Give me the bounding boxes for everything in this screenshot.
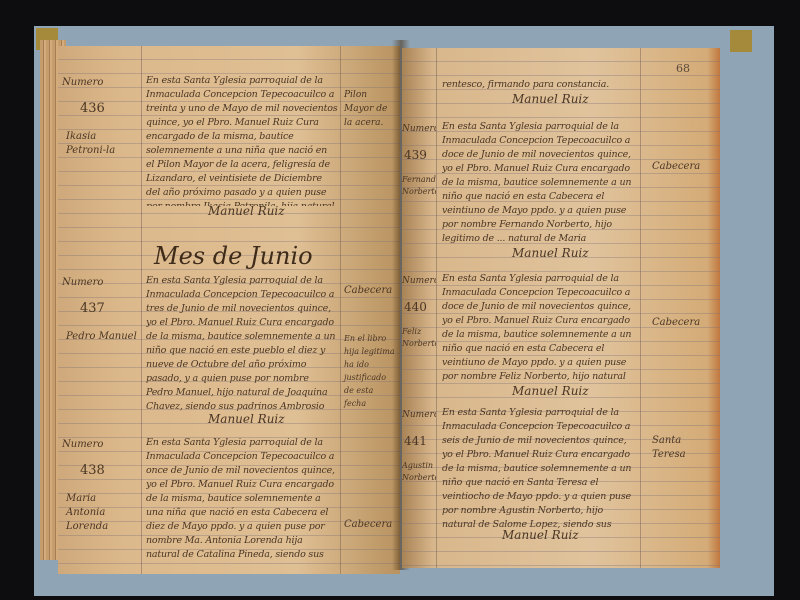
side-note-annotation: En el libro hija legitima ha ido justifi… [344, 332, 396, 410]
entry-number: 439 [404, 148, 427, 162]
entry-label: Numero [62, 438, 136, 452]
margin-rule [640, 48, 641, 568]
entry-label: Numero [402, 408, 436, 422]
signature: Manuel Ruiz [208, 412, 285, 426]
month-heading: Mes de Junio [154, 242, 313, 270]
margin-rule [141, 46, 142, 574]
entry-name: Agustin Norberto [402, 460, 436, 484]
page-number: 68 [676, 62, 690, 75]
entry-number: 436 [80, 102, 105, 116]
signature: Manuel Ruiz [208, 204, 285, 218]
entry-number: 440 [404, 300, 427, 314]
entry-name: Fernando Norberto [402, 174, 436, 198]
continuation-text: rentesco, firmando para constancia. [442, 78, 638, 92]
side-note: Santa Teresa [652, 434, 696, 462]
entry-body: En esta Santa Yglesia parroquial de la I… [146, 436, 338, 562]
entry-body: En esta Santa Yglesia parroquial de la I… [442, 272, 638, 384]
entry-name: Feliz Norberto [402, 326, 436, 350]
side-note: Cabecera [652, 160, 692, 174]
entry-name: Maria Antonia Lorenda [66, 492, 138, 534]
left-page: Numero 436 Ikasia Petroni-la En esta San… [58, 46, 400, 574]
margin-rule [340, 46, 341, 574]
entry-label: Numero [62, 276, 136, 290]
side-note: Cabecera [344, 518, 396, 532]
entry-name: Ikasia Petroni-la [66, 130, 138, 158]
entry-label: Numero [402, 274, 436, 288]
entry-body: En esta Santa Yglesia parroquial de la I… [442, 406, 638, 532]
entry-label: Numero [402, 122, 436, 136]
side-note: Pilon Mayor de la acera. [344, 88, 396, 130]
entry-label: Numero [62, 76, 136, 90]
side-note: Cabecera [344, 284, 396, 298]
entry-number: 437 [80, 302, 105, 316]
signature: Manuel Ruiz [512, 92, 589, 106]
entry-name: Pedro Manuel [66, 330, 138, 344]
right-page: 68 rentesco, firmando para constancia. M… [402, 48, 720, 568]
side-note: Cabecera [652, 316, 692, 330]
entry-number: 441 [404, 434, 427, 448]
entry-number: 438 [80, 464, 105, 478]
margin-rule [436, 48, 437, 568]
signature: Manuel Ruiz [502, 528, 579, 542]
signature: Manuel Ruiz [512, 384, 589, 398]
corner-protector [730, 30, 752, 52]
signature: Manuel Ruiz [512, 246, 589, 260]
entry-body: En esta Santa Yglesia parroquial de la I… [442, 120, 638, 246]
entry-body: En esta Santa Yglesia parroquial de la I… [146, 74, 338, 206]
entry-body: En esta Santa Yglesia parroquial de la I… [146, 274, 338, 414]
